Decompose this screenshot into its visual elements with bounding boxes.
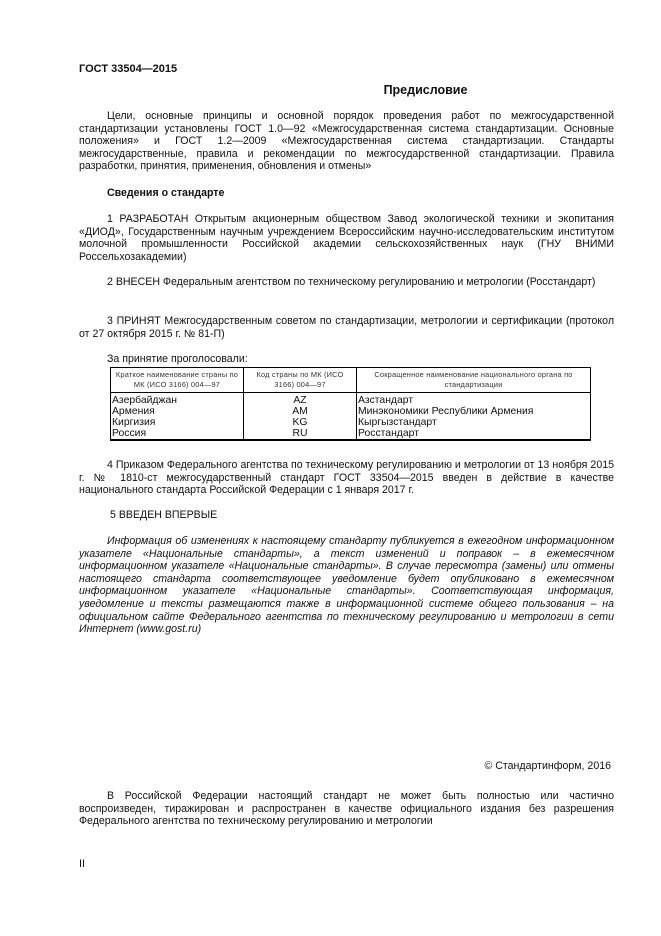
body-cell: Кыргызстандарт	[357, 417, 591, 428]
code-cell: KG	[244, 417, 357, 428]
col-body-header: Сокращенное наименование национального о…	[357, 368, 591, 393]
code-cell: AM	[244, 406, 357, 417]
table-row: Киргизия KG Кыргызстандарт	[111, 417, 591, 428]
section-title: Сведения о стандарте	[107, 187, 224, 199]
body-cell: Азстандарт	[357, 393, 591, 407]
country-cell: Азербайджан	[111, 393, 244, 407]
restriction-paragraph: В Российской Федерации настоящий стандар…	[79, 790, 614, 828]
standard-code: ГОСТ 33504—2015	[79, 63, 177, 75]
vote-table-header: Краткое наименование страны по МК (ИСО 3…	[111, 368, 591, 393]
item-adopted: 3 ПРИНЯТ Межгосударственным советом по с…	[79, 315, 614, 340]
table-row: Армения AM Минэкономики Республики Армен…	[111, 406, 591, 417]
page-number: II	[79, 858, 85, 870]
item-order: 4 Приказом Федерального агентства по тех…	[79, 459, 614, 497]
item-developed: 1 РАЗРАБОТАН Открытым акционерным общест…	[79, 213, 614, 263]
country-cell: Россия	[111, 428, 244, 440]
body-cell: Минэкономики Республики Армения	[357, 406, 591, 417]
country-cell: Киргизия	[111, 417, 244, 428]
code-cell: RU	[244, 428, 357, 440]
country-cell: Армения	[111, 406, 244, 417]
col-code-header: Код страны по МК (ИСО 3166) 004—97	[244, 368, 357, 393]
vote-table: Краткое наименование страны по МК (ИСО 3…	[110, 367, 591, 441]
vote-caption: За принятие проголосовали:	[107, 353, 248, 365]
info-note: Информация об изменениях к настоящему ст…	[79, 535, 614, 636]
copyright: © Стандартинформ, 2016	[485, 760, 611, 772]
body-cell: Росстандарт	[357, 428, 591, 440]
table-row: Россия RU Росстандарт	[111, 428, 591, 440]
item-introduced: 2 ВНЕСЕН Федеральным агентством по техни…	[79, 276, 614, 289]
col-country-header: Краткое наименование страны по МК (ИСО 3…	[111, 368, 244, 393]
code-cell: AZ	[244, 393, 357, 407]
item-first: 5 ВВЕДЕН ВПЕРВЫЕ	[110, 509, 217, 521]
table-row: Азербайджан AZ Азстандарт	[111, 393, 591, 407]
page-title: Предисловие	[0, 83, 661, 97]
intro-paragraph: Цели, основные принципы и основной поряд…	[79, 110, 614, 173]
